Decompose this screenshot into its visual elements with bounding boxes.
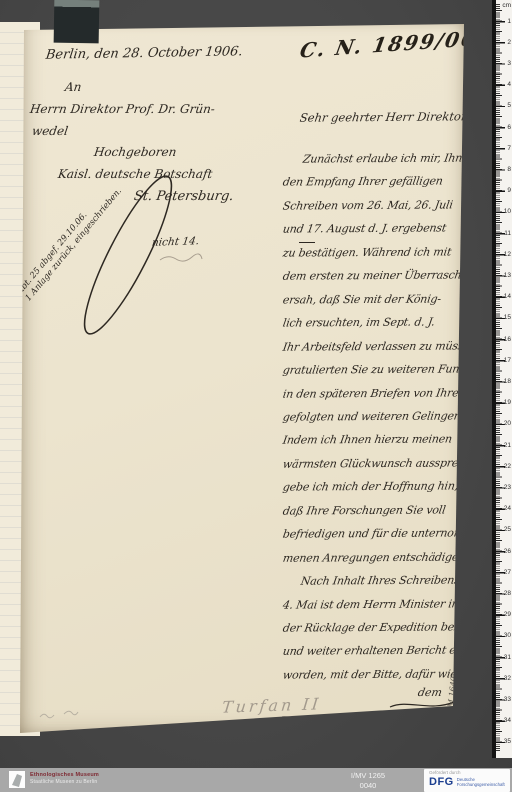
address-block: AnHerrn Direktor Prof. Dr. Grün-wedelHoc… — [30, 80, 260, 220]
ruler-number: 30 — [504, 632, 511, 639]
ruler-number: 4 — [507, 81, 511, 88]
ruler-number: 29 — [504, 611, 511, 618]
body-line: wärmsten Glückwunsch ausspreche, — [282, 456, 482, 470]
ruler-number: 12 — [504, 251, 511, 258]
ruler-number: 18 — [504, 378, 511, 385]
ruler-number: 21 — [504, 442, 511, 449]
letter-body: Zunächst erlaube ich mir, Ihnenden Empfa… — [283, 152, 473, 712]
ruler-unit-label: cm — [502, 2, 511, 9]
ruler-number: 33 — [504, 696, 511, 703]
ruler-ticks-cm — [496, 21, 505, 753]
body-line: gratulierten Sie zu weiteren Funden — [282, 362, 480, 376]
body-line: daß Ihre Forschungen Sie voll — [282, 503, 447, 517]
body-line: den Empfang Ihrer gefälligen — [282, 175, 444, 189]
body-line: worden, mit der Bitte, dafür wie — [282, 667, 458, 681]
dfg-org-line2: Forschungsgemeinschaft — [457, 782, 505, 787]
pencil-mark — [62, 708, 80, 718]
dateline: Berlin, den 28. October 1906. — [45, 44, 244, 62]
museum-name: Ethnologisches Museum — [30, 772, 99, 779]
cm-ruler: cm 1234567891011121314151617181920212223… — [496, 0, 512, 758]
ruler-number: 13 — [504, 272, 511, 279]
pencil-squiggle — [158, 252, 204, 264]
ruler-number: 20 — [504, 420, 511, 427]
funding-label: Gefördert durch — [429, 770, 510, 775]
ruler-number: 5 — [507, 102, 511, 109]
ruler-number: 31 — [504, 654, 511, 661]
ruler-number: 35 — [504, 738, 511, 745]
ruler-number: 19 — [504, 399, 511, 406]
reference-number: C. N. 1899/06. — [298, 25, 488, 62]
ruler-number: 9 — [507, 187, 511, 194]
body-line: der Rücklage der Expedition bez. — [282, 620, 464, 634]
side-note: nicht 14. — [151, 235, 200, 249]
ruler-number: 6 — [507, 124, 511, 131]
body-line: ersah, daß Sie mit der König- — [282, 292, 442, 306]
ruler-number: 32 — [504, 675, 511, 682]
address-line: St. Petersburg. — [133, 189, 235, 204]
body-line: gefolgten und weiteren Gelingen. — [282, 409, 465, 423]
ruler-number: 8 — [507, 166, 511, 173]
body-line: Nach Inhalt Ihres Schreibens vom — [300, 573, 487, 587]
ruler-number: 3 — [507, 60, 511, 67]
body-line: Zunächst erlaube ich mir, Ihnen — [302, 151, 476, 165]
ruler-number: 2 — [507, 39, 511, 46]
museum-org: Staatliche Museen zu Berlin — [30, 779, 99, 786]
ruler-number: 28 — [504, 590, 511, 597]
letter-page: C. N. 1899/06. Berlin, den 28. October 1… — [18, 20, 466, 736]
pencil-underline — [282, 716, 308, 718]
ruler-number: 34 — [504, 717, 511, 724]
museum-label: Ethnologisches Museum Staatliche Museen … — [30, 772, 99, 786]
ruler-number: 14 — [504, 293, 511, 300]
dfg-letters: DFG — [429, 776, 454, 788]
body-line: und weiter erhaltenen Bericht erstattet — [282, 644, 497, 658]
pencil-mark — [38, 710, 56, 720]
body-line: Ihr Arbeitsfeld verlassen zu müssen, — [282, 339, 481, 353]
shelfmark: I/MV 1265 0040 — [308, 771, 428, 790]
address-line: wedel — [31, 124, 69, 138]
body-line: befriedigen und für die unternom- — [282, 527, 469, 541]
ruler-number: 16 — [504, 336, 511, 343]
ink-underline — [299, 242, 315, 243]
body-line: und 17. August d. J. ergebenst — [282, 222, 447, 236]
address-line: An — [64, 80, 82, 94]
body-line: zu bestätigen. Während ich mit — [282, 245, 452, 259]
dfg-logo: Gefördert durch DFG Deutsche Forschungsg… — [424, 769, 510, 792]
dfg-org-name: Deutsche Forschungsgemeinschaft — [457, 777, 505, 787]
body-line: gebe ich mich der Hoffnung hin, — [282, 480, 459, 494]
binding-tab — [54, 0, 100, 43]
ruler-number: 27 — [504, 569, 511, 576]
ruler-number: 25 — [504, 526, 511, 533]
viewer-footer: Ethnologisches Museum Staatliche Museen … — [0, 768, 512, 792]
body-line: Schreiben vom 26. Mai, 26. Juli — [282, 198, 454, 212]
pencil-label-turfan: Turfan II — [221, 694, 322, 717]
body-line: dem ersten zu meiner Überraschung — [282, 269, 483, 283]
ruler-number: 1 — [507, 18, 511, 25]
closing-word: dem — [417, 686, 443, 699]
body-line: 4. Mai ist dem Herrn Minister in — [282, 597, 460, 611]
museum-logo — [9, 771, 25, 788]
scan-page-number: 0040 — [308, 781, 428, 791]
ruler-number: 24 — [504, 505, 511, 512]
ruler-number: 22 — [504, 463, 511, 470]
body-line: Indem ich Ihnen hierzu meinen — [282, 433, 453, 447]
ruler-number: 7 — [507, 145, 511, 152]
shelfmark-id: I/MV 1265 — [308, 771, 428, 781]
ruler-number: 10 — [504, 208, 511, 215]
body-line: menen Anregungen entschädigen mögen. — [282, 550, 510, 565]
salutation: Sehr geehrter Herr Direktor! — [299, 109, 472, 124]
body-line: in den späteren Briefen von Ihrem — [282, 386, 470, 400]
scan-viewer: C. N. 1899/06. Berlin, den 28. October 1… — [0, 0, 512, 792]
address-line: Herrn Direktor Prof. Dr. Grün- — [29, 102, 216, 116]
ruler-number: 23 — [504, 484, 511, 491]
ruler-number: 15 — [504, 314, 511, 321]
ruler-number: 17 — [504, 357, 511, 364]
body-line: lich ersuchten, im Sept. d. J. — [282, 316, 436, 330]
ruler-number: 26 — [504, 548, 511, 555]
ruler-number: 11 — [504, 230, 511, 237]
